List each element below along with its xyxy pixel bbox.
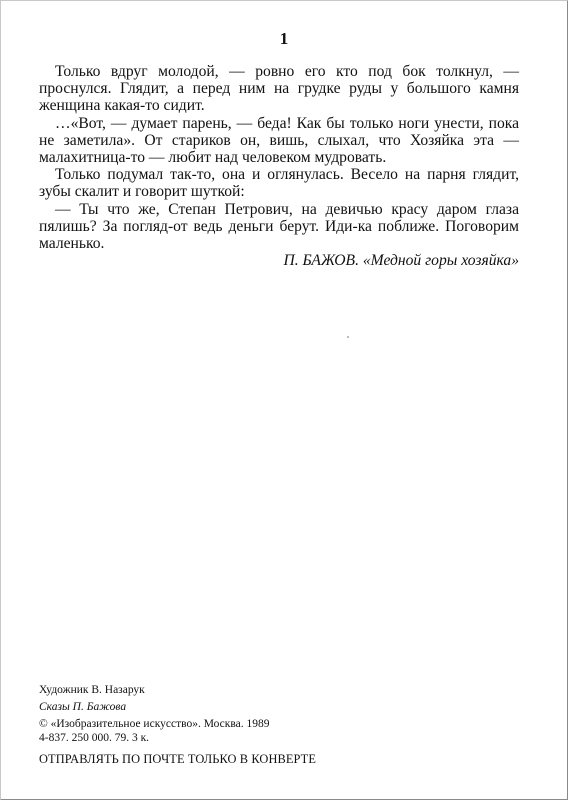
series-title: Сказы П. Бажова	[39, 700, 316, 714]
imprint-block: Художник В. Назарук Сказы П. Бажова © «И…	[39, 683, 316, 766]
postcard-page: 1 Только вдруг молодой, — ровно его кто …	[0, 0, 568, 800]
attribution: П. БАЖОВ. «Медной горы хозяйка»	[39, 252, 519, 269]
print-info: 4-837. 250 000. 79. 3 к.	[39, 731, 316, 745]
copyright-line: © «Изобразительное искусство». Москва. 1…	[39, 717, 316, 731]
page-number: 1	[1, 29, 567, 49]
artist-credit: Художник В. Назарук	[39, 683, 316, 697]
speck	[347, 336, 349, 338]
paragraph: — Ты что же, Степан Петрович, на девичью…	[39, 201, 519, 253]
paragraph: Только подумал так-то, она и оглянулась.…	[39, 166, 519, 200]
story-excerpt: Только вдруг молодой, — ровно его кто по…	[39, 63, 519, 269]
paragraph: Только вдруг молодой, — ровно его кто по…	[39, 63, 519, 115]
mail-notice: ОТПРАВЛЯТЬ ПО ПОЧТЕ ТОЛЬКО В КОНВЕРТЕ	[39, 752, 316, 766]
paragraph: …«Вот, — думает парень, — беда! Как бы т…	[39, 115, 519, 167]
